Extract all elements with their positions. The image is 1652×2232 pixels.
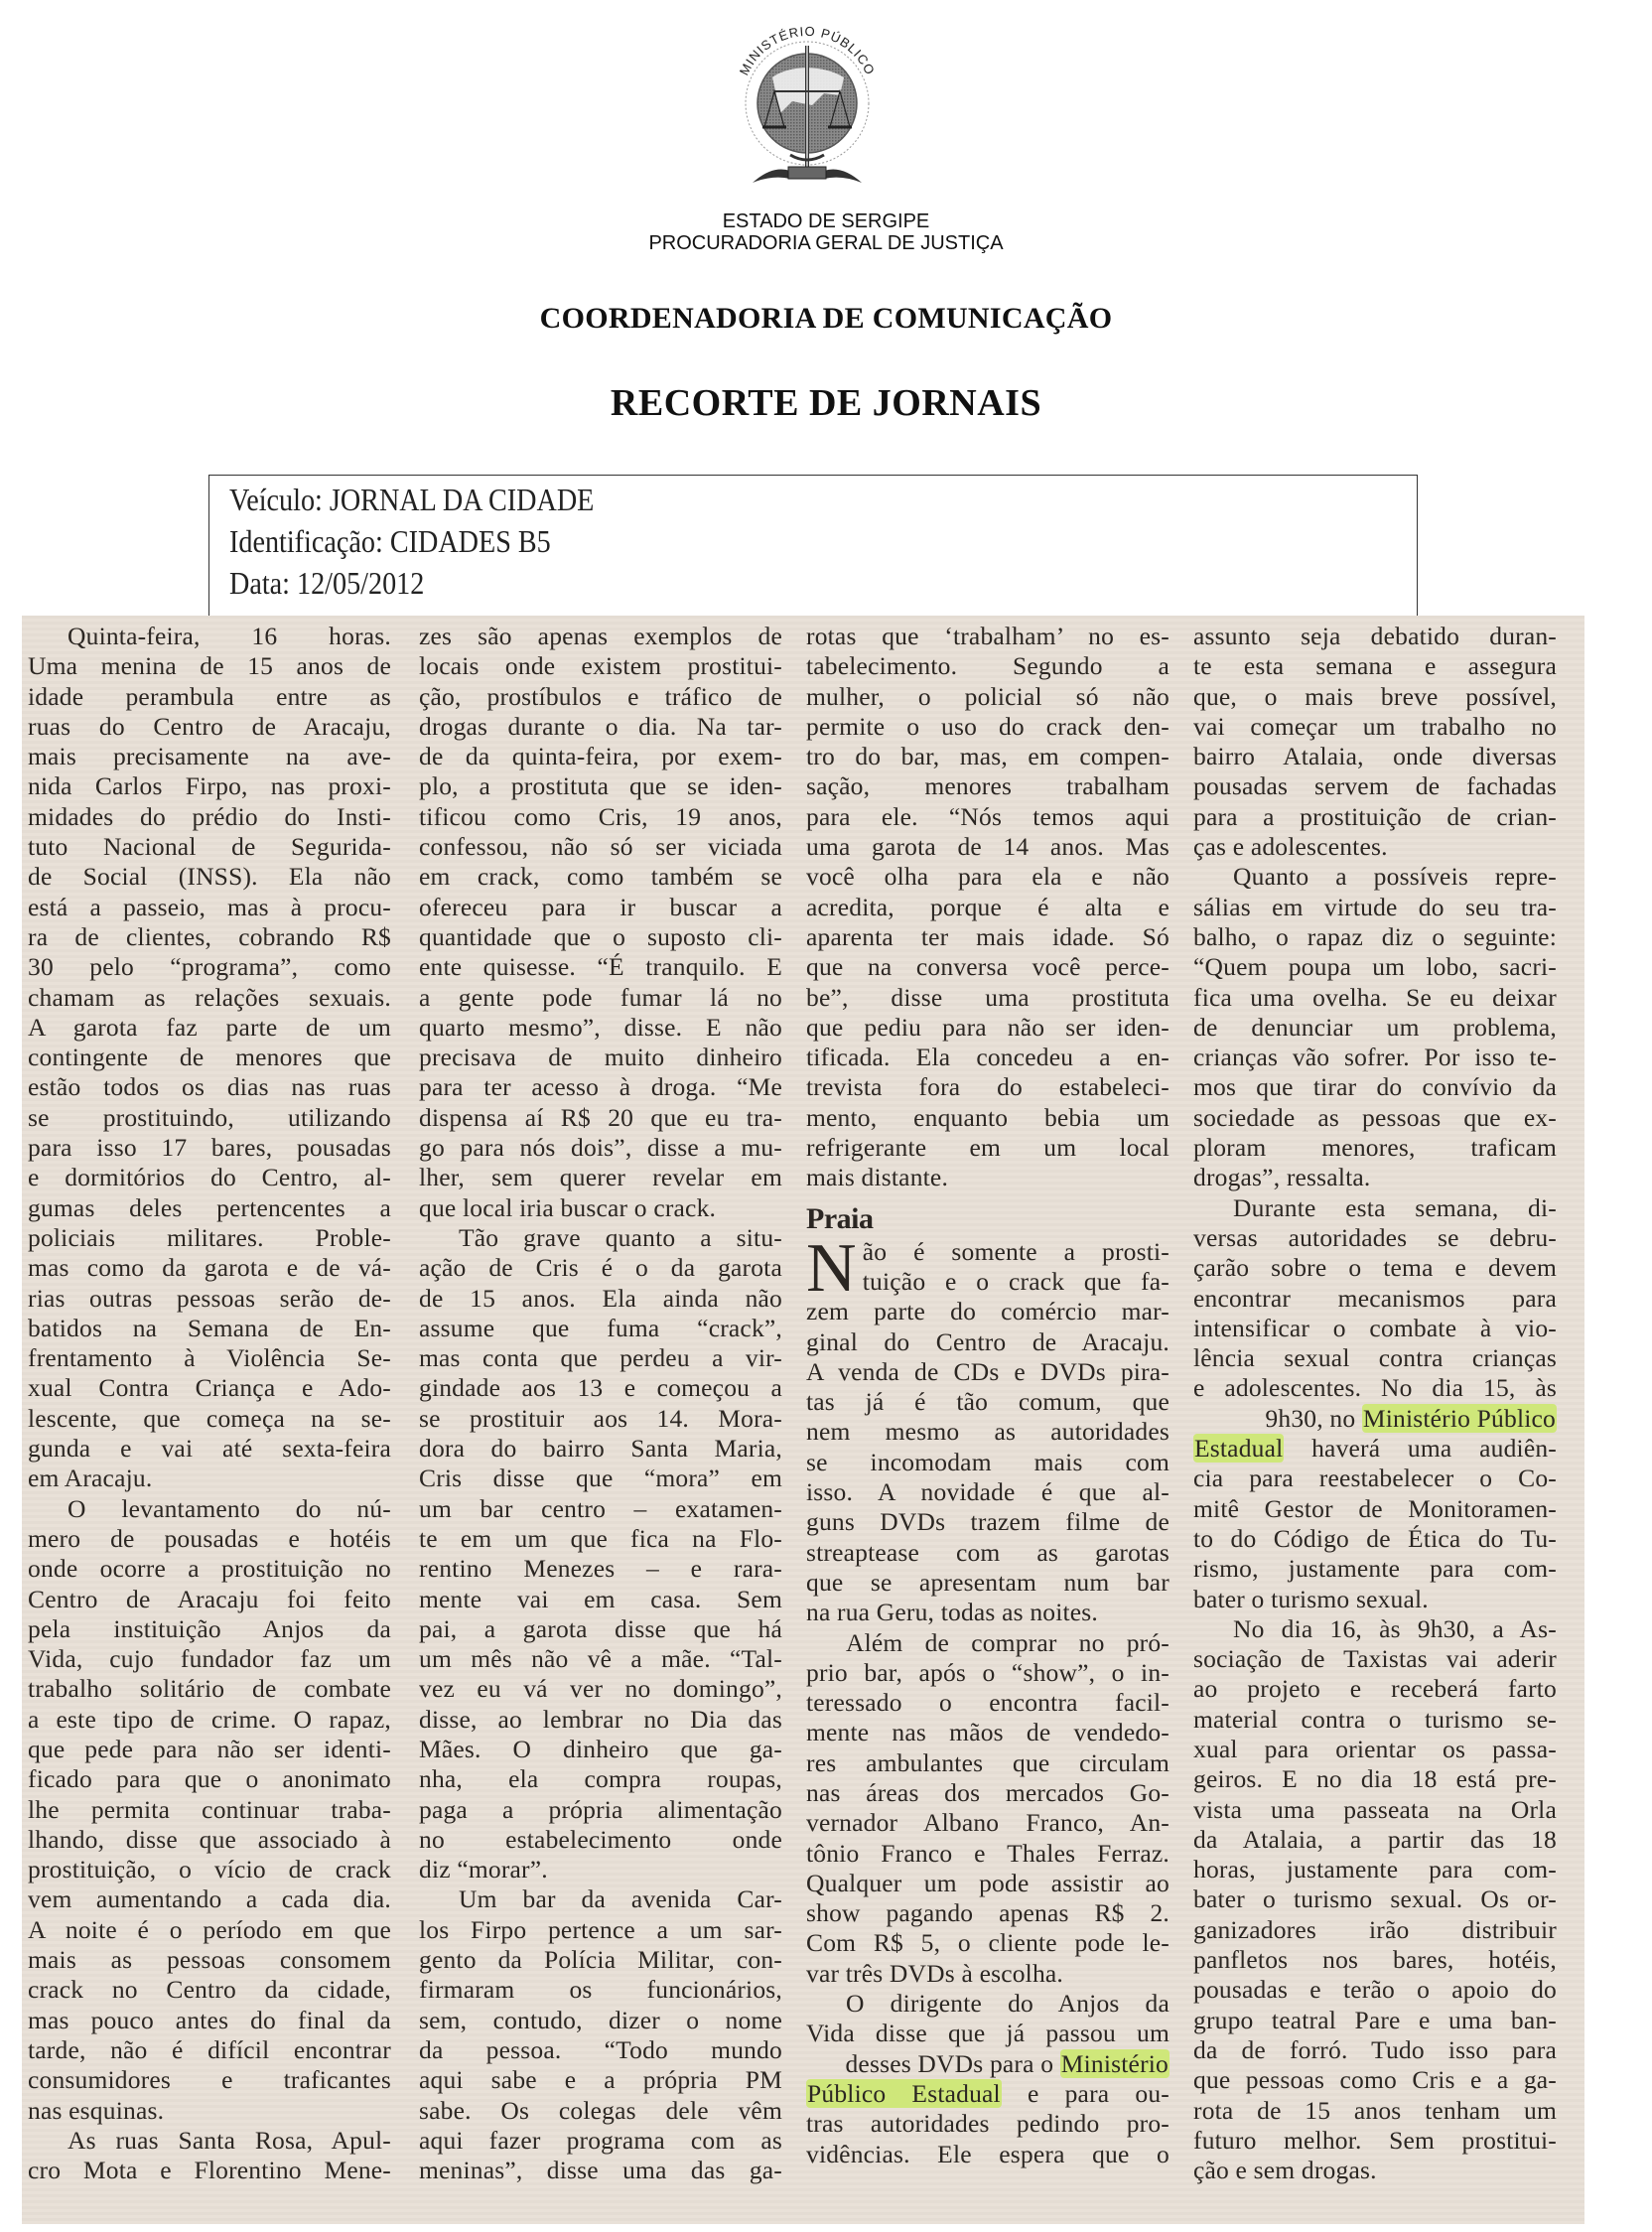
- article-line: de denunciar um problema,: [1193, 1013, 1557, 1043]
- article-line: ção, prostíbulos e tráfico de: [419, 682, 782, 712]
- article-line: pousadas servem de fachadas: [1193, 771, 1557, 801]
- article-line: se incomodam mais com: [806, 1448, 1170, 1477]
- article-line: disse, ao lembrar no Dia das: [419, 1705, 782, 1735]
- article-line: meninas”, disse uma das ga-: [419, 2156, 782, 2185]
- article-line: ra de clientes, cobrando R$: [28, 922, 391, 952]
- article-line: em crack, como também se: [419, 862, 782, 892]
- article-column-3: rotas que ‘trabalham’ no es-tabeleciment…: [806, 622, 1170, 2169]
- article-line: Centro de Aracaju foi feito: [28, 1585, 391, 1614]
- article-line: sociedade as pessoas que ex-: [1193, 1103, 1557, 1133]
- article-line: prio bar, após o “show”, o in-: [806, 1658, 1170, 1688]
- article-line: vernador Albano Franco, An-: [806, 1808, 1170, 1838]
- article-line: Tão grave quanto a situ-: [419, 1223, 782, 1253]
- article-line: que, o mais breve possível,: [1193, 682, 1557, 712]
- article-line: paga a própria alimentação: [419, 1795, 782, 1825]
- article-line: mente nas mãos de vendedo-: [806, 1718, 1170, 1747]
- section-subhead: Praia: [806, 1201, 1170, 1237]
- highlighted-text: Estadual: [1193, 1434, 1284, 1463]
- article-line: vai começar um trabalho no: [1193, 712, 1557, 742]
- article-column-4: assunto seja debatido duran-te esta sema…: [1193, 622, 1557, 2185]
- vehicle-field: Veículo: JORNAL DA CIDADE: [229, 482, 594, 518]
- article-line: panfletos nos bares, hotéis,: [1193, 1945, 1557, 1975]
- article-line: zem parte do comércio mar-: [806, 1297, 1170, 1326]
- article-line: crack no Centro da cidade,: [28, 1975, 391, 2005]
- article-line: quantidade que o suposto cli-: [419, 922, 782, 952]
- article-line: prostituição, o vício de crack: [28, 1855, 391, 1884]
- article-line: dispensa aí R$ 20 que eu tra-: [419, 1103, 782, 1133]
- article-line: vidências. Ele espera que o: [806, 2140, 1170, 2169]
- article-line: grupo teatral Pare e uma ban-: [1193, 2006, 1557, 2035]
- article-line: Durante esta semana, di-: [1193, 1193, 1557, 1223]
- article-line: refrigerante em um local: [806, 1133, 1170, 1163]
- article-line: te em um que fica na Flo-: [419, 1524, 782, 1554]
- article-line: tras autoridades pedindo pro-: [806, 2109, 1170, 2139]
- dropcap-paragraph: N ão é somente a prosti-tuição e o crack…: [806, 1237, 1170, 1298]
- article-line: lhe permita continuar traba-: [28, 1795, 391, 1825]
- article-column-1: Quinta-feira, 16 horas.Uma menina de 15 …: [28, 622, 391, 2185]
- article-line: sociação de Taxistas vai aderir: [1193, 1644, 1557, 1674]
- article-line: mos que tirar do convívio da: [1193, 1072, 1557, 1102]
- article-line: sabe. Os colegas dele vêm: [419, 2096, 782, 2126]
- article-line: tro do bar, mas, em compen-: [806, 742, 1170, 771]
- drop-cap: N: [806, 1241, 857, 1297]
- article-line: dora do bairro Santa Maria,: [419, 1434, 782, 1464]
- article-line: estão todos os dias nas ruas: [28, 1072, 391, 1102]
- article-line: mento, enquanto bebia um: [806, 1103, 1170, 1133]
- article-line: ente quisesse. “É tranquilo. E: [419, 952, 782, 982]
- article-line: res ambulantes que circulam: [806, 1748, 1170, 1778]
- newspaper-clipping: Quinta-feira, 16 horas.Uma menina de 15 …: [22, 616, 1584, 2224]
- article-line: 30 pelo “programa”, como: [28, 952, 391, 982]
- article-line: para ele. “Nós temos aqui: [806, 802, 1170, 832]
- article-line: você olha para ela e não: [806, 862, 1170, 892]
- article-line: e dormitórios do Centro, al-: [28, 1163, 391, 1192]
- article-line: futuro melhor. Sem prostitui-: [1193, 2126, 1557, 2156]
- article-line: em Aracaju.: [28, 1464, 391, 1493]
- article-line: bater o turismo sexual. Os or-: [1193, 1884, 1557, 1914]
- article-line: guns DVDs trazem filme de: [806, 1507, 1170, 1537]
- article-line: be”, disse uma prostituta: [806, 983, 1170, 1013]
- department-title: COORDENADORIA DE COMUNICAÇÃO: [0, 302, 1652, 336]
- article-line: lescente, que começa na se-: [28, 1404, 391, 1434]
- article-line: plo, a prostituta que se iden-: [419, 771, 782, 801]
- article-line: balho, o rapaz diz o seguinte:: [1193, 922, 1557, 952]
- article-line: Além de comprar no pró-: [806, 1628, 1170, 1658]
- article-line: ficado para que o anonimato: [28, 1764, 391, 1794]
- article-line: mente vai em casa. Sem: [419, 1585, 782, 1614]
- article-line: está a passeio, mas à procu-: [28, 893, 391, 922]
- date-field: Data: 12/05/2012: [229, 565, 424, 602]
- article-line: nas áreas dos mercados Go-: [806, 1778, 1170, 1808]
- article-line: xual Contra Criança e Ado-: [28, 1373, 391, 1403]
- article-line: que pessoas como Cris e a ga-: [1193, 2065, 1557, 2095]
- article-line: versas autoridades se debru-: [1193, 1223, 1557, 1253]
- article-line: desses DVDs para o Ministério: [806, 2049, 1170, 2079]
- article-line: tificou como Cris, 19 anos,: [419, 802, 782, 832]
- article-line: A venda de CDs e DVDs pira-: [806, 1357, 1170, 1387]
- article-line: vez eu vá ver no domingo”,: [419, 1674, 782, 1704]
- article-line: confessou, não só ser viciada: [419, 832, 782, 862]
- article-line: No dia 16, às 9h30, a As-: [1193, 1614, 1557, 1644]
- article-line: show pagando apenas R$ 2.: [806, 1898, 1170, 1928]
- article-line: mas conta que perdeu a vir-: [419, 1343, 782, 1373]
- article-line: Cris disse que “mora” em: [419, 1464, 782, 1493]
- highlighted-text: Ministério: [1060, 2049, 1170, 2078]
- article-line: que se apresentam num bar: [806, 1568, 1170, 1598]
- article-line: var três DVDs à escolha.: [806, 1959, 1170, 1989]
- article-line: precisava de muito dinheiro: [419, 1043, 782, 1072]
- article-line: ruas do Centro de Aracaju,: [28, 712, 391, 742]
- article-line: tuto Nacional de Segurida-: [28, 832, 391, 862]
- highlighted-text: Ministério Público: [1362, 1404, 1557, 1433]
- article-line: Quanto a possíveis repre-: [1193, 862, 1557, 892]
- agency-name: PROCURADORIA GERAL DE JUSTIÇA: [0, 232, 1652, 254]
- article-line: diz “morar”.: [419, 1855, 782, 1884]
- article-line: mulher, o policial só não: [806, 682, 1170, 712]
- identification-field: Identificação: CIDADES B5: [229, 523, 551, 560]
- article-line: idade perambula entre as: [28, 682, 391, 712]
- article-line: acredita, porque é alta e: [806, 893, 1170, 922]
- article-line: sem, contudo, dizer o nome: [419, 2006, 782, 2035]
- article-line: bater o turismo sexual.: [1193, 1585, 1557, 1614]
- article-line: crianças vão sofrer. Por isso te-: [1193, 1043, 1557, 1072]
- article-line: sálias em virtude do seu tra-: [1193, 893, 1557, 922]
- article-line: Quinta-feira, 16 horas.: [28, 622, 391, 651]
- article-line: uma garota de 14 anos. Mas: [806, 832, 1170, 862]
- article-line: de Social (INSS). Ela não: [28, 862, 391, 892]
- article-line: no estabelecimento onde: [419, 1825, 782, 1855]
- article-line: a gente pode fumar lá no: [419, 983, 782, 1013]
- article-line: los Firpo pertence a um sar-: [419, 1915, 782, 1945]
- article-column-2: zes são apenas exemplos delocais onde ex…: [419, 622, 782, 2185]
- article-line: trevista fora do estabeleci-: [806, 1072, 1170, 1102]
- article-line: que na conversa você perce-: [806, 952, 1170, 982]
- article-line: Qualquer um pode assistir ao: [806, 1869, 1170, 1898]
- article-line: na rua Geru, todas as noites.: [806, 1598, 1170, 1627]
- article-line: batidos na Semana de En-: [28, 1314, 391, 1343]
- article-line: ginal do Centro de Aracaju.: [806, 1327, 1170, 1357]
- article-line: para a prostituição de crian-: [1193, 802, 1557, 832]
- article-line: tas já é tão comum, que: [806, 1387, 1170, 1417]
- article-line: ção e sem drogas.: [1193, 2156, 1557, 2185]
- article-line: mitê Gestor de Monitoramen-: [1193, 1494, 1557, 1524]
- column-3-after: zem parte do comércio mar-ginal do Centr…: [806, 1297, 1170, 2169]
- article-line: e adolescentes. No dia 15, às: [1193, 1373, 1557, 1403]
- article-line: material contra o turismo se-: [1193, 1705, 1557, 1735]
- article-line: de da quinta-feira, por exem-: [419, 742, 782, 771]
- article-line: pela instituição Anjos da: [28, 1614, 391, 1644]
- article-line: aparenta ter mais idade. Só: [806, 922, 1170, 952]
- article-line: trabalho solitário de combate: [28, 1674, 391, 1704]
- article-line: locais onde existem prostitui-: [419, 651, 782, 681]
- article-line: gento da Polícia Militar, con-: [419, 1945, 782, 1975]
- article-line: Vida disse que já passou um: [806, 2019, 1170, 2048]
- article-line: se prostituindo, utilizando: [28, 1103, 391, 1133]
- article-line: ao projeto e receberá farto: [1193, 1674, 1557, 1704]
- ministerio-publico-seal-icon: MINISTÉRIO PÚBLICO: [713, 6, 901, 195]
- article-line: tarde, não é difícil encontrar: [28, 2035, 391, 2065]
- header-institution: ESTADO DE SERGIPE PROCURADORIA GERAL DE …: [0, 210, 1652, 254]
- article-line: tificada. Ela concedeu a en-: [806, 1043, 1170, 1072]
- article-line: As ruas Santa Rosa, Apul-: [28, 2126, 391, 2156]
- article-line: Estadual haverá uma audiên-: [1193, 1434, 1557, 1464]
- article-line: assume que fuma “crack”,: [419, 1314, 782, 1343]
- article-line: assunto seja debatido duran-: [1193, 622, 1557, 651]
- article-line: mais as pessoas consomem: [28, 1945, 391, 1975]
- article-line: Mães. O dinheiro que ga-: [419, 1735, 782, 1764]
- article-line: ças e adolescentes.: [1193, 832, 1557, 862]
- article-line: onde ocorre a prostituição no: [28, 1554, 391, 1584]
- article-line: ação de Cris é o da garota: [419, 1253, 782, 1283]
- state-name: ESTADO DE SERGIPE: [0, 210, 1652, 232]
- article-line: tabelecimento. Segundo a: [806, 651, 1170, 681]
- article-line: que pediu para não ser iden-: [806, 1013, 1170, 1043]
- article-line: que local iria buscar o crack.: [419, 1193, 782, 1223]
- article-line: rias outras pessoas serão de-: [28, 1284, 391, 1314]
- article-line: zes são apenas exemplos de: [419, 622, 782, 651]
- article-line: geiros. E no dia 18 está pre-: [1193, 1764, 1557, 1794]
- article-line: teressado o encontra facil-: [806, 1688, 1170, 1718]
- article-line: chamam as relações sexuais.: [28, 983, 391, 1013]
- article-line: nas esquinas.: [28, 2096, 391, 2126]
- article-line: da Atalaia, a partir das 18: [1193, 1825, 1557, 1855]
- article-line: vem aumentando a cada dia.: [28, 1884, 391, 1914]
- article-line: lher, sem querer revelar em: [419, 1163, 782, 1192]
- article-line: quarto mesmo”, disse. E não: [419, 1013, 782, 1043]
- article-line: consumidores e traficantes: [28, 2065, 391, 2095]
- document-title: RECORTE DE JORNAIS: [0, 381, 1652, 425]
- article-line: O levantamento do nú-: [28, 1494, 391, 1524]
- article-line: A garota faz parte de um: [28, 1013, 391, 1043]
- article-line: rentino Menezes – e rara-: [419, 1554, 782, 1584]
- article-line: xual para orientar os passa-: [1193, 1735, 1557, 1764]
- column-3-before: rotas que ‘trabalham’ no es-tabeleciment…: [806, 622, 1170, 1193]
- article-line: permite o uso do crack den-: [806, 712, 1170, 742]
- article-line: ofereceu para ir buscar a: [419, 893, 782, 922]
- article-line: Vida, cujo fundador faz um: [28, 1644, 391, 1674]
- article-line: um bar centro – exatamen-: [419, 1494, 782, 1524]
- article-line: Uma menina de 15 anos de: [28, 651, 391, 681]
- article-line: nem mesmo as autoridades: [806, 1417, 1170, 1447]
- article-line: mas pouco antes do final da: [28, 2006, 391, 2035]
- article-line: te esta semana e assegura: [1193, 651, 1557, 681]
- article-line: encontrar mecanismos para: [1193, 1284, 1557, 1314]
- article-line: firmaram os funcionários,: [419, 1975, 782, 2005]
- article-line: Público Estadual e para ou-: [806, 2079, 1170, 2109]
- article-line: Com R$ 5, o cliente pode le-: [806, 1928, 1170, 1958]
- article-line: drogas durante o dia. Na tar-: [419, 712, 782, 742]
- article-line: mais precisamente na ave-: [28, 742, 391, 771]
- article-line: ganizadores irão distribuir: [1193, 1915, 1557, 1945]
- article-line: go para nós dois”, disse a mu-: [419, 1133, 782, 1163]
- article-line: cia para reestabelecer o Co-: [1193, 1464, 1557, 1493]
- article-line: aqui sabe e a própria PM: [419, 2065, 782, 2095]
- article-line: 9h30, no Ministério Público: [1193, 1404, 1557, 1434]
- article-line: vista uma passeata na Orla: [1193, 1795, 1557, 1825]
- article-line: bairro Atalaia, onde diversas: [1193, 742, 1557, 771]
- article-line: que pede para não ser identi-: [28, 1735, 391, 1764]
- article-line: tônio Franco e Thales Ferraz.: [806, 1839, 1170, 1869]
- article-line: pousadas e terão o apoio do: [1193, 1975, 1557, 2005]
- article-line: um mês não vê a mãe. “Tal-: [419, 1644, 782, 1674]
- article-line: rotas que ‘trabalham’ no es-: [806, 622, 1170, 651]
- article-line: intensificar o combate à vio-: [1193, 1314, 1557, 1343]
- article-line: ploram menores, traficam: [1193, 1133, 1557, 1163]
- article-line: pai, a garota disse que há: [419, 1614, 782, 1644]
- article-line: da de forró. Tudo isso para: [1193, 2035, 1557, 2065]
- article-line: frentamento à Violência Se-: [28, 1343, 391, 1373]
- article-line: lência sexual contra crianças: [1193, 1343, 1557, 1373]
- article-line: ão é somente a prosti-: [806, 1237, 1170, 1267]
- article-line: a este tipo de crime. O rapaz,: [28, 1705, 391, 1735]
- article-line: da pessoa. “Todo mundo: [419, 2035, 782, 2065]
- article-line: para ter acesso à droga. “Me: [419, 1072, 782, 1102]
- article-line: çarão sobre o tema e devem: [1193, 1253, 1557, 1283]
- article-line: aqui fazer programa com as: [419, 2126, 782, 2156]
- article-line: nida Carlos Firpo, nas proxi-: [28, 771, 391, 801]
- article-line: mas como da garota e de vá-: [28, 1253, 391, 1283]
- article-line: Um bar da avenida Car-: [419, 1884, 782, 1914]
- article-line: se prostituir aos 14. Mora-: [419, 1404, 782, 1434]
- article-line: fica uma ovelha. Se eu deixar: [1193, 983, 1557, 1013]
- article-line: gindade aos 13 e começou a: [419, 1373, 782, 1403]
- article-line: O dirigente do Anjos da: [806, 1989, 1170, 2019]
- article-line: “Quem poupa um lobo, sacri-: [1193, 952, 1557, 982]
- article-line: rota de 15 anos tenham um: [1193, 2096, 1557, 2126]
- article-line: mais distante.: [806, 1163, 1170, 1192]
- article-line: sação, menores trabalham: [806, 771, 1170, 801]
- highlighted-text: Público Estadual: [806, 2079, 1002, 2108]
- article-line: isso. A novidade é que al-: [806, 1477, 1170, 1507]
- article-line: lhando, disse que associado à: [28, 1825, 391, 1855]
- article-line: tuição e o crack que fa-: [806, 1267, 1170, 1297]
- clipping-metadata-box: Veículo: JORNAL DA CIDADE Identificação:…: [208, 475, 1418, 624]
- article-line: rismo, justamente para com-: [1193, 1554, 1557, 1584]
- article-line: para isso 17 bares, pousadas: [28, 1133, 391, 1163]
- article-line: de 15 anos. Ela ainda não: [419, 1284, 782, 1314]
- article-line: nha, ela compra roupas,: [419, 1764, 782, 1794]
- article-line: streaptease com as garotas: [806, 1538, 1170, 1568]
- article-line: to do Código de Ética do Tu-: [1193, 1524, 1557, 1554]
- article-line: drogas”, ressalta.: [1193, 1163, 1557, 1192]
- article-line: cro Mota e Florentino Mene-: [28, 2156, 391, 2185]
- article-line: A noite é o período em que: [28, 1915, 391, 1945]
- article-line: gunda e vai até sexta-feira: [28, 1434, 391, 1464]
- article-line: mero de pousadas e hotéis: [28, 1524, 391, 1554]
- article-line: policiais militares. Proble-: [28, 1223, 391, 1253]
- article-line: midades do prédio do Insti-: [28, 802, 391, 832]
- article-line: horas, justamente para com-: [1193, 1855, 1557, 1884]
- article-line: gumas deles pertencentes a: [28, 1193, 391, 1223]
- article-line: contingente de menores que: [28, 1043, 391, 1072]
